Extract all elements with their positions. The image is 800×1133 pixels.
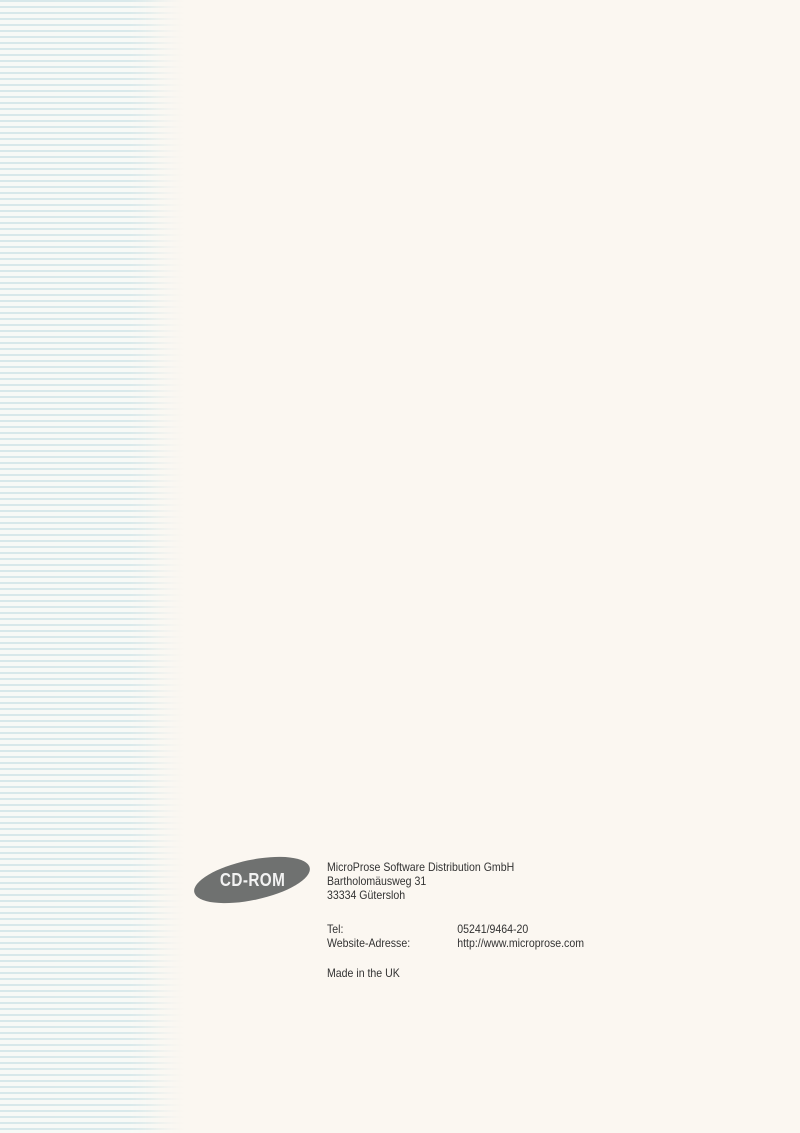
website-link[interactable]: http://www.microprose.com [457,936,584,950]
cd-rom-badge-label: CD-ROM [219,870,284,891]
contact-info: Tel: 05241/9464-20 Website-Adresse: http… [327,922,584,950]
tel-value: 05241/9464-20 [457,922,528,936]
company-address: MicroProse Software Distribution GmbH Ba… [327,860,514,902]
company-street: Bartholomäusweg 31 [327,874,514,888]
made-in-notice: Made in the UK [327,966,400,980]
stripe-fade-overlay [150,0,210,1133]
contact-row-website: Website-Adresse: http://www.microprose.c… [327,936,584,950]
contact-row-tel: Tel: 05241/9464-20 [327,922,584,936]
company-city: 33334 Gütersloh [327,888,514,902]
website-label: Website-Adresse: [327,936,457,950]
tel-label: Tel: [327,922,457,936]
company-name: MicroProse Software Distribution GmbH [327,860,514,874]
